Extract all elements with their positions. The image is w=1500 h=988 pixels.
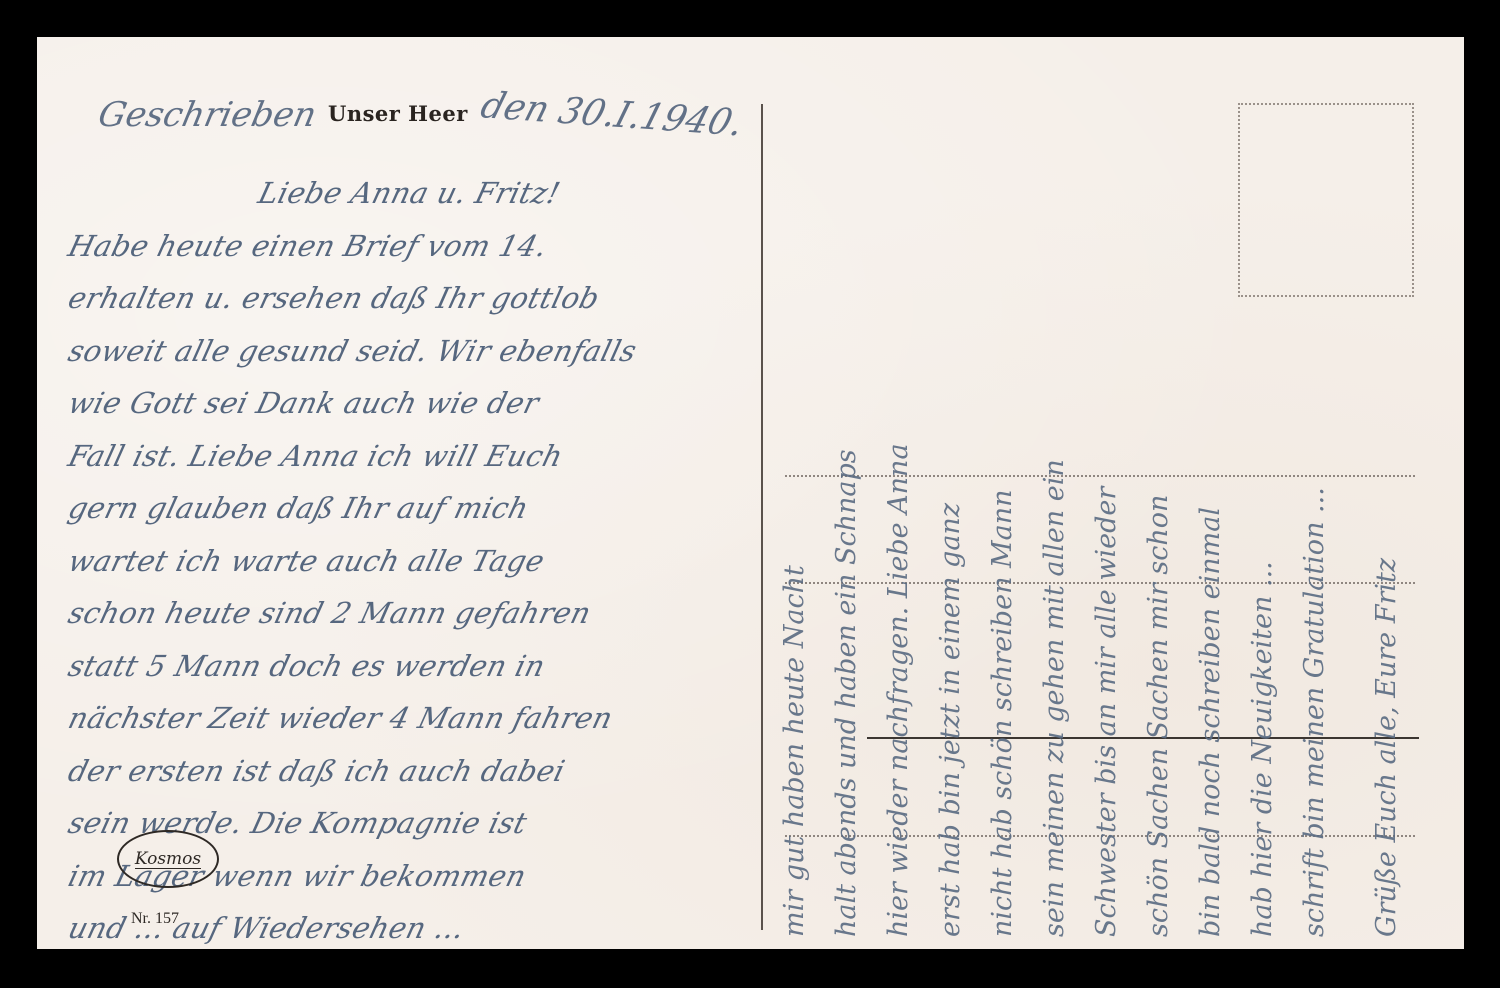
letter-line: nächster Zeit wieder 4 Mann fahren <box>62 692 765 745</box>
letter-line: soweit alle gesund seid. Wir ebenfalls <box>62 325 765 378</box>
rotated-handwriting-column: halt abends und haben ein Schnaps <box>827 77 867 937</box>
rotated-handwriting-column: erst hab bin jetzt in einem ganz <box>931 77 971 937</box>
letter-line: wartet ich warte auch alle Tage <box>62 535 765 588</box>
rotated-handwriting-column: Grüße Euch alle, Eure Fritz <box>1367 77 1407 937</box>
letter-line: Habe heute einen Brief vom 14. <box>62 220 765 273</box>
rotated-handwriting-column: mir gut haben heute Nacht <box>775 77 815 937</box>
letter-line: erhalten u. ersehen daß Ihr gottlob <box>62 272 765 325</box>
handwritten-heading: Geschrieben <box>95 95 320 135</box>
rotated-handwriting-column: sein meinen zu gehen mit allen ein <box>1035 77 1075 937</box>
letter-line: statt 5 Mann doch es werden in <box>62 640 765 693</box>
publisher-logo-text: Kosmos <box>135 850 201 869</box>
rotated-handwriting-column: nicht hab schön schreiben Mann <box>983 77 1023 937</box>
rotated-handwriting-column: Schwester bis an mir alle wieder <box>1087 77 1127 937</box>
rotated-handwriting-column: hier wieder nachfragen. Liebe Anna <box>879 77 919 937</box>
center-divider-line <box>761 104 763 930</box>
letter-line: Fall ist. Liebe Anna ich will Euch <box>62 430 765 483</box>
rotated-handwriting-column: schön Sachen Sachen mir schon <box>1139 77 1179 937</box>
letter-line: der ersten ist daß ich auch dabei <box>62 745 765 798</box>
letter-line: gern glauben daß Ihr auf mich <box>62 482 765 535</box>
rotated-handwriting-column: schrift bin meinen Gratulation ... <box>1295 77 1335 937</box>
letter-line: wie Gott sei Dank auch wie der <box>62 377 765 430</box>
rotated-handwriting-column: bin bald noch schreiben einmal <box>1191 77 1231 937</box>
card-number: Nr. 157 <box>131 910 179 928</box>
publisher-logo: Kosmos <box>117 830 219 888</box>
printed-series-title: Unser Heer <box>328 101 468 126</box>
handwritten-date: den 30.I.1940. <box>476 85 748 144</box>
letter-greeting: Liebe Anna u. Fritz! <box>62 167 765 220</box>
letter-line: schon heute sind 2 Mann gefahren <box>62 587 765 640</box>
rotated-handwriting-column: hab hier die Neuigkeiten ... <box>1243 77 1283 937</box>
postcard-back: Geschrieben Unser Heer den 30.I.1940. Li… <box>37 37 1464 949</box>
